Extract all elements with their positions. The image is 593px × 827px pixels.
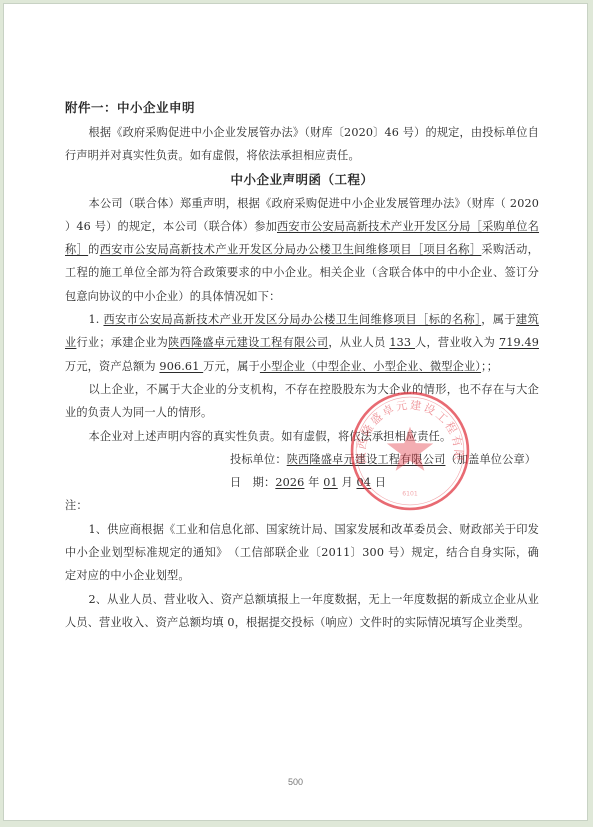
declaration-title: 中小企业声明函（工程）	[65, 168, 539, 192]
not-large-enterprise-paragraph: 以上企业，不属于大企业的分支机构，不存在控股股东为大企业的情形，也不存在与大企业…	[65, 378, 539, 425]
project-name: 西安市公安局高新技术产业开发区分局办公楼卫生间维修项目［项目名称］	[100, 243, 482, 256]
seal-note: （加盖单位公章）	[445, 453, 536, 466]
item-number: 1.	[89, 313, 104, 326]
note-1: 1、供应商根据《工业和信息化部、国家统计局、国家发展和改革委员会、财政部关于印发…	[65, 518, 539, 588]
date-year: 2026	[275, 476, 304, 489]
enterprise-item-1: 1. 西安市公安局高新技术产业开发区分局办公楼卫生间维修项目［标的名称］，属于建…	[65, 308, 539, 378]
assets-value: 906.61	[159, 360, 203, 373]
bidder-label: 投标单位：	[230, 453, 287, 466]
revenue-value: 719.49	[499, 336, 539, 349]
date-line: 日 期：2026 年 01 月 04 日	[65, 471, 539, 494]
item-text: 万元，资产总额为	[65, 360, 159, 373]
item-text: ，从业人员	[328, 336, 389, 349]
item-text: ，属于	[481, 313, 516, 326]
item-text: ；；	[481, 360, 498, 373]
attachment-heading: 附件一：中小企业申明	[65, 96, 539, 120]
subject-name: 西安市公安局高新技术产业开发区分局办公楼卫生间维修项目［标的名称］	[103, 313, 481, 326]
document-page: 附件一：中小企业申明 根据《政府采购促进中小企业发展管办法》（财库〔2020〕4…	[3, 3, 588, 821]
bidder-name: 陕西隆盛卓元建设工程有限公司	[287, 453, 446, 466]
date-month: 01	[323, 476, 338, 489]
item-text: 人，营业收入为	[415, 336, 499, 349]
company-name: 陕西隆盛卓元建设工程有限公司	[168, 336, 328, 349]
employees-value: 133	[389, 336, 415, 349]
item-text: 行业；承建企业为	[76, 336, 168, 349]
document-body: 附件一：中小企业申明 根据《政府采购促进中小企业发展管办法》（财库〔2020〕4…	[65, 96, 539, 634]
truth-statement-paragraph: 本企业对上述声明内容的真实性负责。如有虚假，将依法承担相应责任。	[65, 425, 539, 448]
bidder-line: 投标单位：陕西隆盛卓元建设工程有限公司（加盖单位公章）	[65, 448, 539, 471]
intro-paragraph: 根据《政府采购促进中小企业发展管办法》（财库〔2020〕46 号）的规定，由投标…	[65, 121, 539, 168]
note-2: 2、从业人员、营业收入、资产总额填报上一年度数据，无上一年度数据的新成立企业从业…	[65, 588, 539, 635]
page-number: 500	[4, 777, 587, 787]
notes-label: 注：	[65, 494, 539, 517]
date-label: 日 期：	[230, 476, 275, 489]
enterprise-size: 小型企业（中型企业、小型企业、微型企业）	[260, 360, 481, 373]
date-unit: 日	[371, 476, 386, 489]
declaration-text: 的	[88, 243, 100, 256]
date-day: 04	[356, 476, 371, 489]
item-text: 万元，属于	[203, 360, 260, 373]
date-unit: 年	[304, 476, 323, 489]
date-unit: 月	[338, 476, 357, 489]
declaration-paragraph: 本公司（联合体）郑重声明，根据《政府采购促进中小企业发展管理办法》（财库（ 20…	[65, 192, 539, 308]
